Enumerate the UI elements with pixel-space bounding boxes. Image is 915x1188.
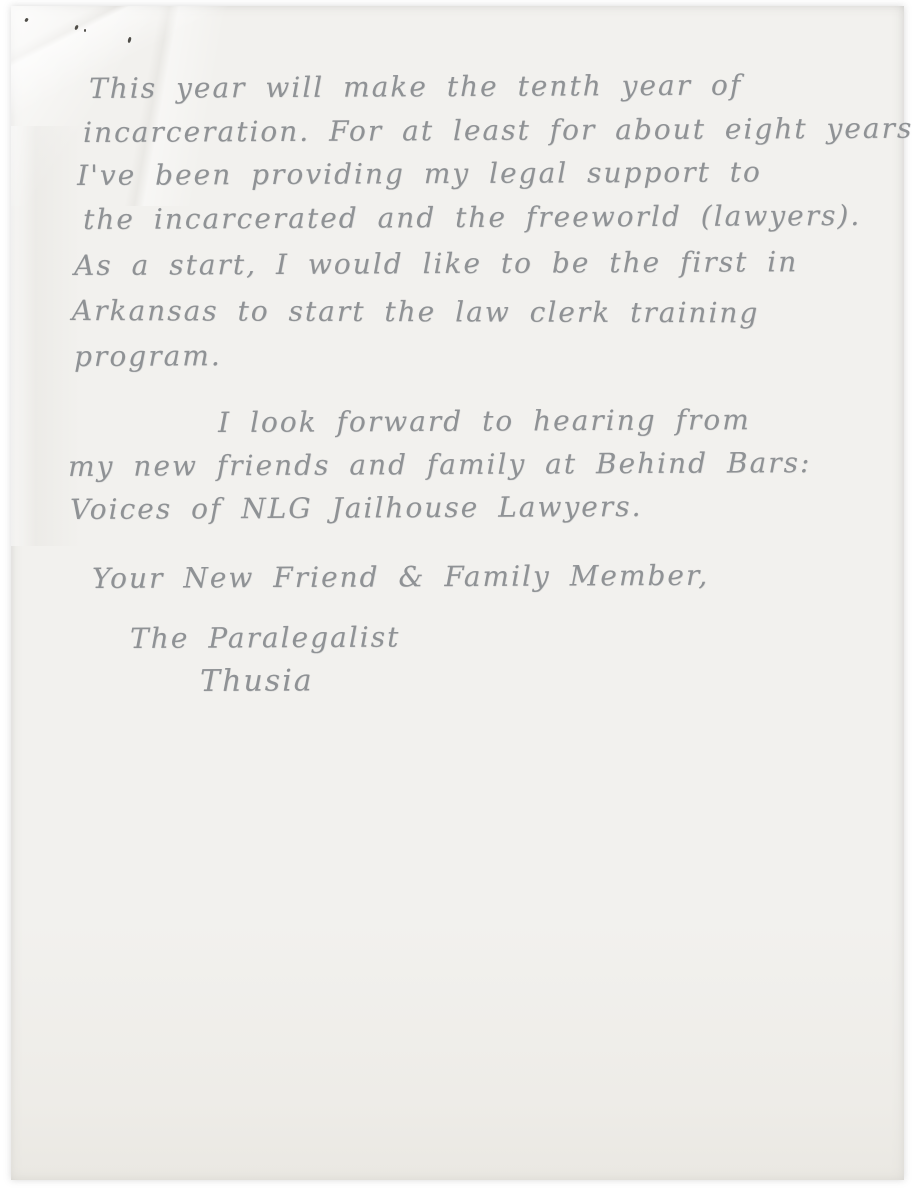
letter-line: the incarcerated and the freeworld (lawy… xyxy=(83,199,861,236)
letter-line: I've been providing my legal support to xyxy=(77,155,762,192)
letter-line: program. xyxy=(74,339,222,373)
closing-line: Your New Friend & Family Member, xyxy=(92,559,709,595)
letter-line: my new friends and family at Behind Bars… xyxy=(68,446,811,483)
letter-line: incarceration. For at least for about ei… xyxy=(83,112,913,149)
scan-background: This year will make the tenth year of in… xyxy=(0,0,915,1188)
paper-crease-left xyxy=(11,126,81,546)
letter-line: Voices of NLG Jailhouse Lawyers. xyxy=(70,490,643,526)
ink-speck xyxy=(24,18,29,23)
signature-name: Thusia xyxy=(200,663,314,699)
ink-speck xyxy=(84,29,86,32)
ink-speck xyxy=(74,25,78,31)
ink-speck xyxy=(127,37,131,43)
paper-shadow-bottom xyxy=(11,920,904,1180)
letter-line: As a start, I would like to be the first… xyxy=(74,245,798,282)
letter-paper: This year will make the tenth year of in… xyxy=(11,6,904,1180)
signer-title: The Paralegalist xyxy=(130,621,400,655)
letter-line: I look forward to hearing from xyxy=(218,403,751,439)
letter-line: This year will make the tenth year of xyxy=(89,69,742,105)
letter-line: Arkansas to start the law clerk training xyxy=(72,294,760,329)
